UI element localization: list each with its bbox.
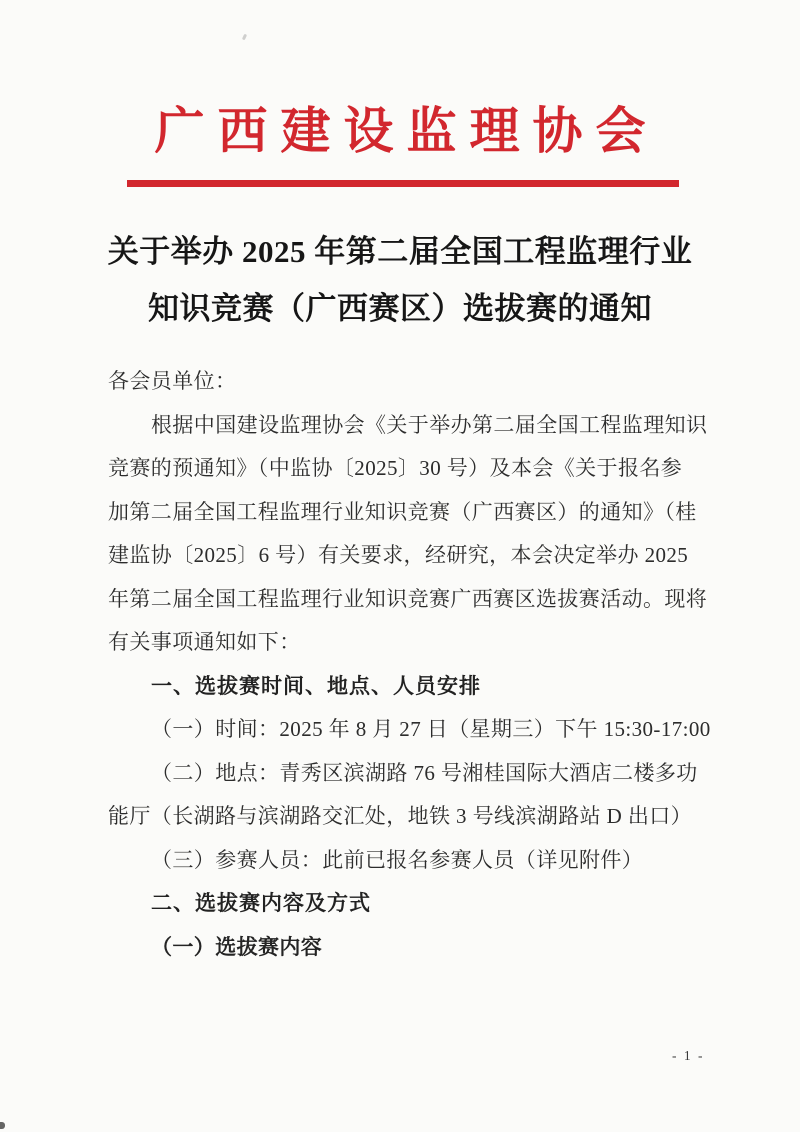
scanned-document-page: 广西建设监理协会 关于举办 2025 年第二届全国工程监理行业 知识竞赛（广西赛… [0, 0, 800, 1132]
document-body: 各会员单位：根据中国建设监理协会《关于举办第二届全国工程监理知识竞赛的预通知》（… [108, 360, 704, 969]
document-line: （二）地点：青秀区滨湖路 76 号湘桂国际大酒店二楼多功 [108, 752, 704, 796]
document-line: 根据中国建设监理协会《关于举办第二届全国工程监理知识 [108, 404, 704, 448]
document-line: 能厅（长湖路与滨湖路交汇处，地铁 3 号线滨湖路站 D 出口） [108, 795, 704, 839]
document-line: 有关事项通知如下： [108, 621, 704, 665]
document-line: 加第二届全国工程监理行业知识竞赛（广西赛区）的通知》（桂 [108, 491, 704, 535]
document-line: 各会员单位： [108, 360, 704, 404]
document-line: （三）参赛人员：此前已报名参赛人员（详见附件） [108, 839, 704, 883]
letterhead-org-name: 广西建设监理协会 [0, 101, 800, 161]
scan-speck [470, 548, 473, 551]
scan-speck [0, 1122, 5, 1129]
document-line: 一、选拔赛时间、地点、人员安排 [108, 665, 704, 709]
document-line: 建监协〔2025〕6 号）有关要求，经研究，本会决定举办 2025 [108, 534, 704, 578]
document-line: （一）选拔赛内容 [108, 926, 704, 970]
document-line: 竞赛的预通知》（中监协〔2025〕30 号）及本会《关于报名参 [108, 447, 704, 491]
letterhead-rule [127, 180, 679, 187]
document-line: 年第二届全国工程监理行业知识竞赛广西赛区选拔赛活动。现将 [108, 578, 704, 622]
document-title-line-2: 知识竞赛（广西赛区）选拔赛的通知 [0, 280, 800, 337]
document-title-line-1: 关于举办 2025 年第二届全国工程监理行业 [0, 223, 800, 280]
document-title: 关于举办 2025 年第二届全国工程监理行业 知识竞赛（广西赛区）选拔赛的通知 [0, 223, 800, 337]
document-line: （一）时间：2025 年 8 月 27 日（星期三）下午 15:30-17:00 [108, 708, 704, 752]
scan-speck [242, 34, 247, 41]
document-line: 二、选拔赛内容及方式 [108, 882, 704, 926]
page-number: - 1 - [672, 1047, 705, 1065]
